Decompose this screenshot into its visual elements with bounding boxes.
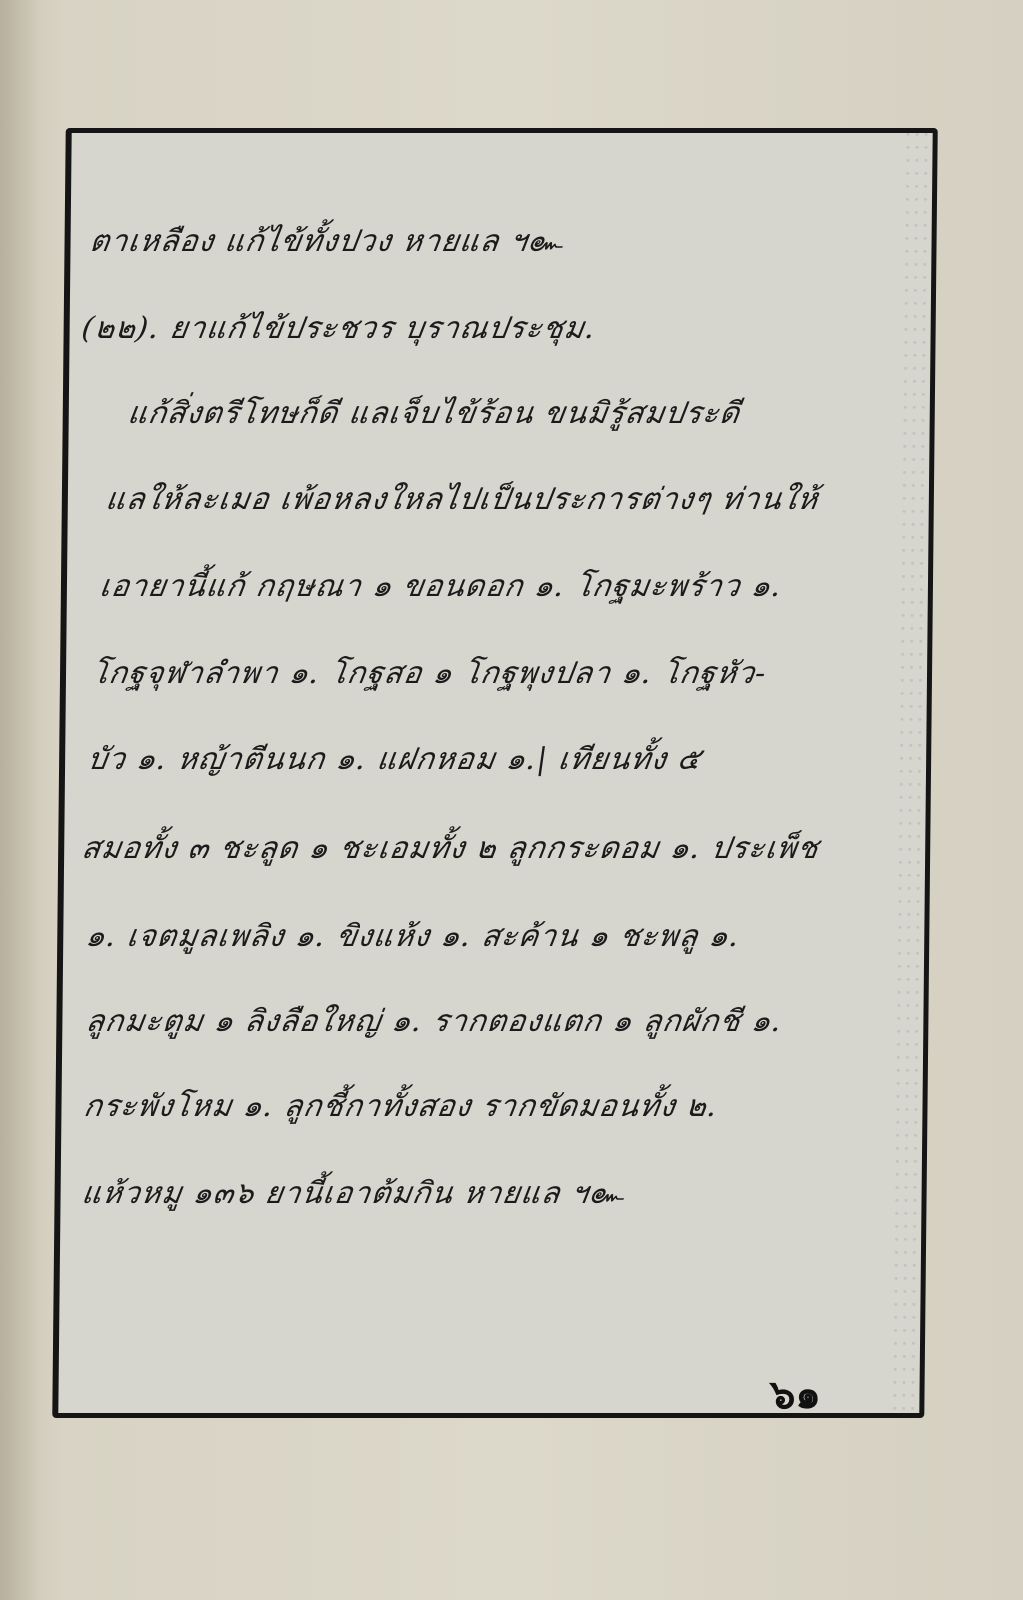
manuscript-line-3: แก้สิ่งตรีโทษก็ดี แลเจ็บไข้ร้อน ขนมิรู้ส…: [125, 390, 744, 437]
manuscript-line-10: ลูกมะตูม ๑ ลิงลือใหญ่ ๑. รากตองแตก ๑ ลูก…: [83, 998, 786, 1045]
manuscript-line-12: แห้วหมู ๑๓๖ ยานี้เอาต้มกิน หายแล ฯ๛: [79, 1170, 628, 1217]
manuscript-line-4: แลให้ละเมอ เพ้อหลงใหลไปเป็นประการต่างๆ ท…: [103, 476, 822, 523]
page-gutter-shadow: [0, 0, 40, 1600]
manuscript-line-7: บัว ๑. หญ้าตีนนก ๑. แฝกหอม ๑.| เทียนทั้ง…: [85, 736, 705, 783]
manuscript-line-8: สมอทั้ง ๓ ชะลูด ๑ ชะเอมทั้ง ๒ ลูกกระดอม …: [79, 825, 822, 872]
manuscript-line-2: (๒๒). ยาแก้ไข้ประชวร บุราณประชุม.: [79, 305, 599, 352]
page-number: ๖๑: [770, 1362, 821, 1426]
manuscript-line-6: โกฐจุฬาลำพา ๑. โกฐสอ ๑ โกฐพุงปลา ๑. โกฐห…: [89, 650, 770, 697]
manuscript-line-5: เอายานี้แก้ กฤษณา ๑ ขอนดอก ๑. โกฐมะพร้าว…: [97, 563, 785, 610]
manuscript-line-9: ๑. เจตมูลเพลิง ๑. ขิงแห้ง ๑. สะค้าน ๑ ชะ…: [83, 913, 743, 960]
manuscript-line-1: ตาเหลือง แก้ไข้ทั้งปวง หายแล ฯ๛: [87, 218, 567, 265]
manuscript-line-11: กระพังโหม ๑. ลูกชี้กาทั้งสอง รากขัดมอนทั…: [81, 1083, 721, 1130]
